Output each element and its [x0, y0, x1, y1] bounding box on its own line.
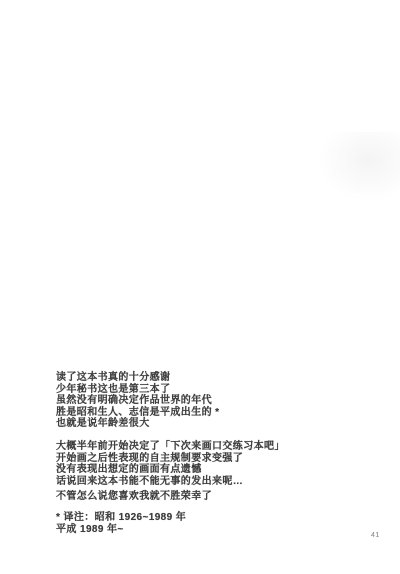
afterword-line: 胜是昭和生人、志信是平成出生的 *: [56, 407, 285, 419]
afterword-line: 读了这本书真的十分感谢: [56, 372, 285, 384]
afterword-paragraph-3: 不管怎么说您喜欢我就不胜荣幸了: [56, 491, 285, 503]
afterword-text: 读了这本书真的十分感谢 少年秘书这也是第三本了 虽然没有明确决定作品世界的年代 …: [56, 372, 285, 535]
afterword-line: 虽然没有明确决定作品世界的年代: [56, 395, 285, 407]
afterword-line: 也就是说年龄差很大: [56, 418, 285, 430]
afterword-line: 没有表现出想定的画面有点遗憾: [56, 464, 285, 476]
afterword-line: 大概半年前开始决定了「下次来画口交练习本吧」: [56, 441, 285, 453]
scan-smudge: [318, 132, 400, 202]
afterword-paragraph-2: 大概半年前开始决定了「下次来画口交练习本吧」 开始画之后性表现的自主规制要求变强…: [56, 441, 285, 487]
afterword-line: 不管怎么说您喜欢我就不胜荣幸了: [56, 491, 285, 503]
page-number: 41: [371, 532, 380, 540]
afterword-line: 话说回来这本书能不能无事的发出来呢…: [56, 476, 285, 488]
footnote-line: * 译注：昭和 1926~1989 年: [56, 512, 285, 524]
footnote-line: 平成 1989 年~: [56, 524, 285, 536]
scanned-page: 读了这本书真的十分感谢 少年秘书这也是第三本了 虽然没有明确决定作品世界的年代 …: [0, 0, 400, 574]
afterword-footnote: * 译注：昭和 1926~1989 年 平成 1989 年~: [56, 512, 285, 535]
afterword-line: 开始画之后性表现的自主规制要求变强了: [56, 453, 285, 465]
afterword-paragraph-1: 读了这本书真的十分感谢 少年秘书这也是第三本了 虽然没有明确决定作品世界的年代 …: [56, 372, 285, 430]
afterword-line: 少年秘书这也是第三本了: [56, 384, 285, 396]
